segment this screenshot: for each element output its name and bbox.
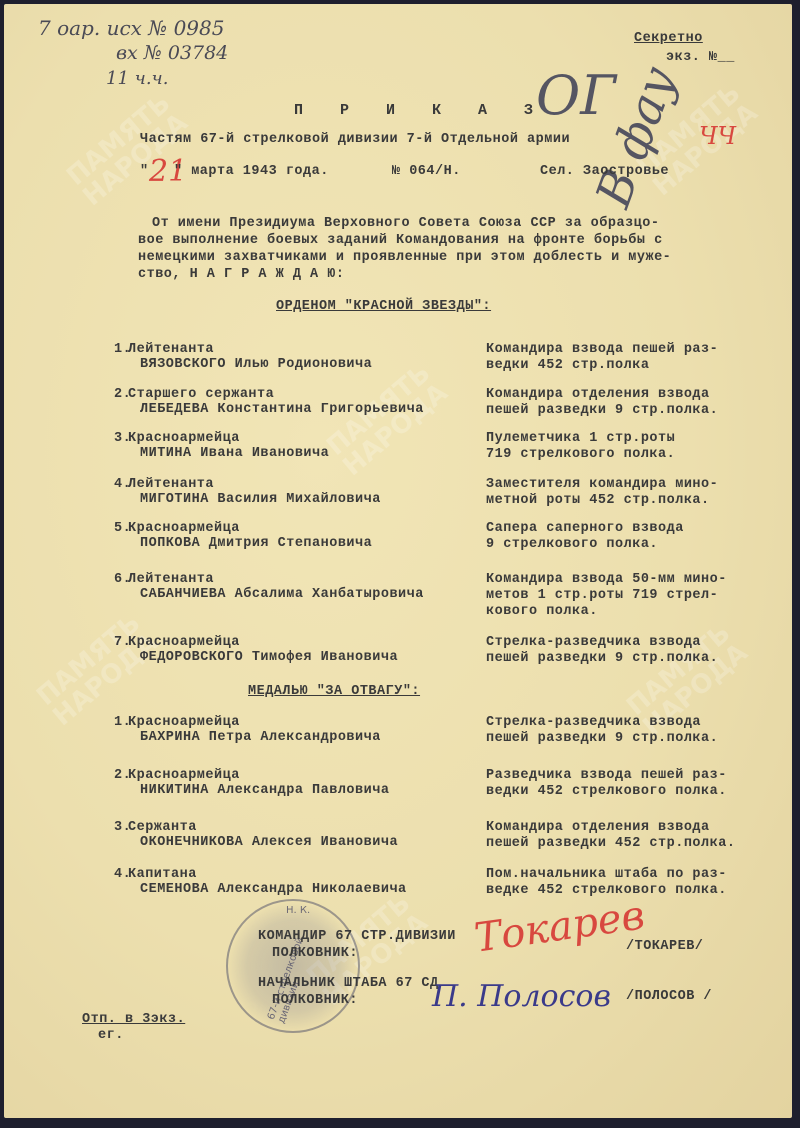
- official-stamp: 67-й стрелковой дивизии Н. К.: [226, 899, 360, 1033]
- awardee-position-line: 9 стрелкового полка.: [486, 537, 658, 552]
- handwritten-outgoing-number: 7 оар. исх № 0985: [38, 16, 224, 40]
- awardee-name: ПОПКОВА Дмитрия Степановича: [140, 536, 372, 551]
- awardee-position-line: пешей разведки 9 стр.полка.: [486, 403, 718, 418]
- commander-signature: Токарев: [472, 892, 648, 961]
- copies-note: Отп. в 3экз.: [82, 1012, 185, 1027]
- awardee-rank: Лейтенанта: [128, 572, 214, 587]
- awardee-position-line: Пулеметчика 1 стр.роты: [486, 431, 675, 446]
- section-heading-for-courage: МЕДАЛЬЮ "ЗА ОТВАГУ":: [248, 684, 420, 699]
- awardee-rank: Лейтенанта: [128, 342, 214, 357]
- awardee-position-line: Стрелка-разведчика взвода: [486, 715, 701, 730]
- awardee-name: ЛЕБЕДЕВА Константина Григорьевича: [140, 402, 424, 417]
- awardee-rank: Сержанта: [128, 820, 197, 835]
- watermark: ПАМЯТЬНАРОДА: [62, 89, 192, 210]
- awardee-position-line: Командира взвода 50-мм мино-: [486, 572, 727, 587]
- awardee-position-line: Командира отделения взвода: [486, 387, 710, 402]
- awardee-rank: Старшего сержанта: [128, 387, 274, 402]
- awardee-position-line: пешей разведки 9 стр.полка.: [486, 731, 718, 746]
- handwritten-resolution: ОГ: [536, 64, 616, 127]
- preamble-line: От имени Президиума Верховного Совета Со…: [152, 216, 659, 231]
- awardee-name: ВЯЗОВСКОГО Илью Родионовича: [140, 357, 372, 372]
- chief-of-staff-signature: П. Полосов: [432, 979, 611, 1014]
- order-place: Сел. Заостровье: [540, 164, 669, 179]
- watermark: ПАМЯТЬНАРОДА: [322, 359, 452, 480]
- stamp-top-text: Н. К.: [286, 905, 310, 916]
- preamble-line: вое выполнение боевых заданий Командован…: [138, 233, 663, 248]
- awardee-name: СЕМЕНОВА Александра Николаевича: [140, 882, 407, 897]
- awardee-name: БАХРИНА Петра Александровича: [140, 730, 381, 745]
- awardee-position-line: метной роты 452 стр.полка.: [486, 493, 710, 508]
- chief-of-staff-name: /ПОЛОСОВ /: [626, 989, 712, 1004]
- awardee-rank: Капитана: [128, 867, 197, 882]
- watermark: ПАМЯТЬНАРОДА: [32, 609, 162, 730]
- document-page: ПАМЯТЬНАРОДА ПАМЯТЬНАРОДА ПАМЯТЬНАРОДА П…: [4, 4, 792, 1118]
- awardee-rank: Красноармейца: [128, 635, 240, 650]
- awardee-rank: Красноармейца: [128, 715, 240, 730]
- awardee-position-line: Сапера саперного взвода: [486, 521, 684, 536]
- awardee-name: МИТИНА Ивана Ивановича: [140, 446, 329, 461]
- commander-rank: ПОЛКОВНИК:: [272, 946, 358, 961]
- awardee-name: НИКИТИНА Александра Павловича: [140, 783, 389, 798]
- awardee-position-line: Командира отделения взвода: [486, 820, 710, 835]
- awardee-position-line: Стрелка-разведчика взвода: [486, 635, 701, 650]
- awardee-position-line: пешей разведки 452 стр.полка.: [486, 836, 735, 851]
- typist-initials: ег.: [98, 1028, 124, 1043]
- awardee-position-line: Разведчика взвода пешей раз-: [486, 768, 727, 783]
- awardee-name: ОКОНЕЧНИКОВА Алексея Ивановича: [140, 835, 398, 850]
- section-heading-red-star: ОРДЕНОМ "КРАСНОЙ ЗВЕЗДЫ":: [276, 299, 491, 314]
- commander-name: /ТОКАРЕВ/: [626, 939, 703, 954]
- awardee-position-line: ведки 452 стр.полка: [486, 358, 649, 373]
- awardee-position-line: Командира взвода пешей раз-: [486, 342, 718, 357]
- copy-number: экз. №__: [666, 50, 735, 65]
- awardee-position-line: метов 1 стр.роты 719 стрел-: [486, 588, 718, 603]
- awardee-position-line: ведке 452 стрелкового полка.: [486, 883, 727, 898]
- handwritten-incoming-number: вх № 03784: [116, 42, 228, 64]
- order-date: " марта 1943 года.: [174, 164, 329, 179]
- awardee-position-line: кового полка.: [486, 604, 598, 619]
- red-handwritten-mark: ЧЧ: [699, 122, 736, 150]
- awardee-position-line: Заместителя командира мино-: [486, 477, 718, 492]
- handwritten-note: 11 ч.ч.: [106, 68, 168, 89]
- awardee-rank: Лейтенанта: [128, 477, 214, 492]
- awardee-position-line: ведки 452 стрелкового полка.: [486, 784, 727, 799]
- awardee-position-line: 719 стрелкового полка.: [486, 447, 675, 462]
- preamble-line: немецкими захватчиками и проявленные при…: [138, 250, 671, 265]
- order-number: № 064/Н.: [392, 164, 461, 179]
- awardee-rank: Красноармейца: [128, 768, 240, 783]
- preamble-line: ство, Н А Г Р А Ж Д А Ю:: [138, 267, 344, 282]
- document-subtitle: Частям 67-й стрелковой дивизии 7-й Отдел…: [140, 132, 570, 147]
- awardee-name: САБАНЧИЕВА Абсалима Ханбатыровича: [140, 587, 424, 602]
- awardee-name: ФЕДОРОВСКОГО Тимофея Ивановича: [140, 650, 398, 665]
- awardee-position-line: пешей разведки 9 стр.полка.: [486, 651, 718, 666]
- awardee-rank: Красноармейца: [128, 521, 240, 536]
- date-open-quote: ": [140, 164, 149, 179]
- classification-label: Секретно: [634, 31, 703, 46]
- awardee-position-line: Пом.начальника штаба по раз-: [486, 867, 727, 882]
- awardee-rank: Красноармейца: [128, 431, 240, 446]
- awardee-name: МИГОТИНА Василия Михайловича: [140, 492, 381, 507]
- chief-of-staff-rank: ПОЛКОВНИК:: [272, 993, 358, 1008]
- chief-of-staff-title: НАЧАЛЬНИК ШТАБА 67 СД: [258, 976, 439, 991]
- document-title: П Р И К А З: [294, 102, 547, 119]
- commander-title: КОМАНДИР 67 СТР.ДИВИЗИИ: [258, 929, 456, 944]
